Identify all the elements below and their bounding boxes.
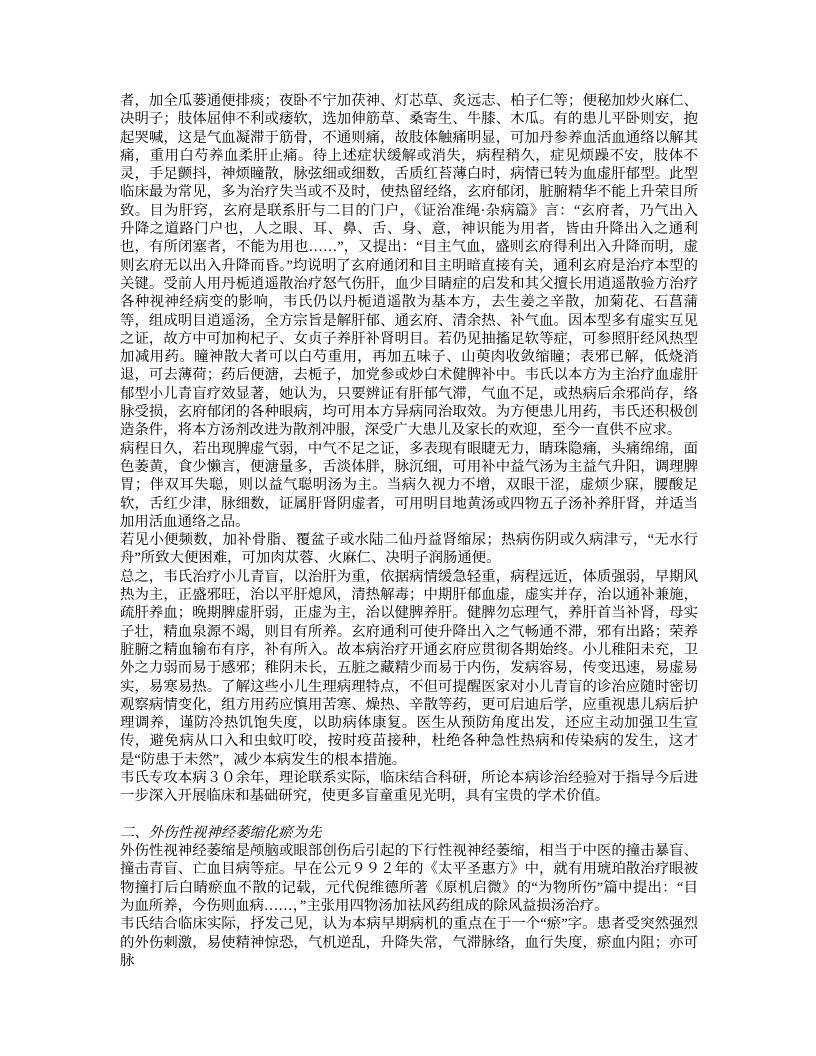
- text-block: 者，加全瓜蒌通便排痰；夜卧不宁加茯神、灯芯草、炙远志、柏子仁等；便秘加炒火麻仁、…: [120, 92, 698, 970]
- body-paragraph: 韦氏专攻本病３０余年，理论联系实际，临床结合科研，所论本病诊治经验对于指导今后进…: [120, 769, 698, 806]
- document-page: 者，加全瓜蒌通便排痰；夜卧不宁加茯神、灯芯草、炙远志、柏子仁等；便秘加炒火麻仁、…: [0, 0, 816, 1056]
- body-paragraph: 者，加全瓜蒌通便排痰；夜卧不宁加茯神、灯芯草、炙远志、柏子仁等；便秘加炒火麻仁、…: [120, 92, 698, 440]
- body-paragraph: 病程日久，若出现脾虚气弱，中气不足之证，多表现有眼睫无力，睛珠隐痛，头痛绵绵，面…: [120, 440, 698, 531]
- body-paragraph: 总之，韦氏治疗小儿青盲，以治肝为重，依据病情缓急轻重，病程远近，体质强弱，早期风…: [120, 568, 698, 769]
- body-paragraph: 外伤性视神经萎缩是颅脑或眼部创伤后引起的下行性视神经萎缩，相当于中医的撞击暴盲、…: [120, 842, 698, 915]
- body-paragraph: 韦氏结合临床实际，抒发己见，认为本病早期病机的重点在于一个“瘀”字。患者受突然强…: [120, 915, 698, 970]
- body-paragraph: 若见小便频数，加补骨脂、覆盆子或水陆二仙丹益肾缩尿；热病伤阴或久病津亏，“无水行…: [120, 531, 698, 568]
- section-heading: 二、外伤性视神经萎缩化瘀为先: [120, 824, 698, 842]
